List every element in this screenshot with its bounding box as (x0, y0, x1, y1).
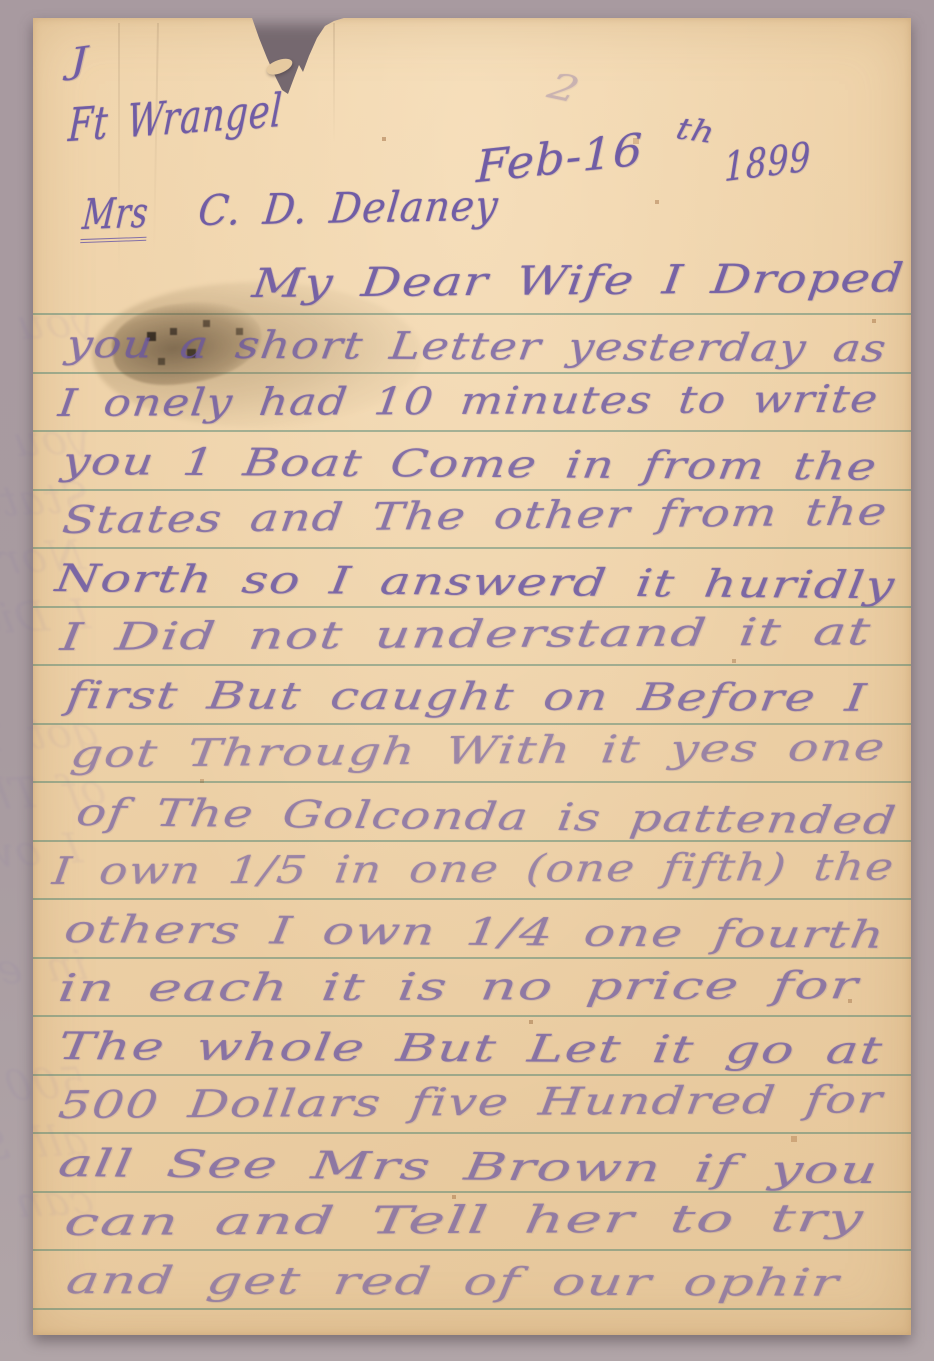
handwriting-line: you 1 Boat Come in from the (60, 441, 880, 488)
handwriting-line: and get red of our ophir (64, 1260, 842, 1304)
recipient-name: C. D. Delaney (196, 183, 501, 235)
ruled-line (33, 723, 911, 725)
ruled-line (33, 430, 911, 432)
ruled-line (33, 1015, 911, 1017)
ruled-line (33, 1249, 911, 1251)
paper-crease (333, 23, 335, 143)
handwriting-line: of The Golconda is pattended (74, 792, 899, 842)
ruled-line (33, 664, 911, 666)
ink-stain-specks (0, 0, 3, 3)
handwriting-line: The whole But Let it go at (56, 1026, 886, 1072)
date-year: 1899 (724, 135, 811, 190)
ruled-line (33, 1132, 911, 1134)
handwriting-line: first But caught on Before I (64, 675, 869, 720)
ruled-line (33, 957, 911, 959)
pen-mark-j: J (70, 41, 90, 81)
handwriting-line: States and The other from the (60, 491, 890, 541)
ruled-line (33, 781, 911, 783)
foxing-specks (33, 18, 35, 20)
handwriting-line: I Did not understand it at (58, 611, 874, 658)
handwriting-line: got Through With it yes one (68, 727, 888, 776)
handwriting-line: can and Tell her to try (62, 1198, 866, 1244)
handwriting-line: you a short Letter yesterday as (64, 324, 889, 370)
handwriting-line: North so I answerd it huridly (53, 558, 898, 607)
ruled-line (33, 1074, 911, 1076)
handwriting-line: 500 Dollars five Hundred for (56, 1079, 885, 1127)
ruled-line (33, 898, 911, 900)
handwriting-line: others I own 1/4 one fourth (62, 909, 888, 956)
ruled-line (33, 1308, 911, 1310)
letter-photograph: you a short Letter yesterday asyou 1 Boa… (0, 0, 934, 1361)
handwriting-line: in each it is no price for (56, 965, 861, 1010)
handwriting-line: I own 1/5 in one (one fifth) the (50, 847, 897, 893)
handwriting-line: I onely had 10 minutes to write (56, 379, 881, 425)
handwriting-line: all See Mrs Brown if you (56, 1143, 881, 1192)
ruled-line (33, 547, 911, 549)
recipient-prefix: Mrs (80, 190, 150, 244)
handwriting-line: My Dear Wife I Droped (250, 256, 907, 306)
